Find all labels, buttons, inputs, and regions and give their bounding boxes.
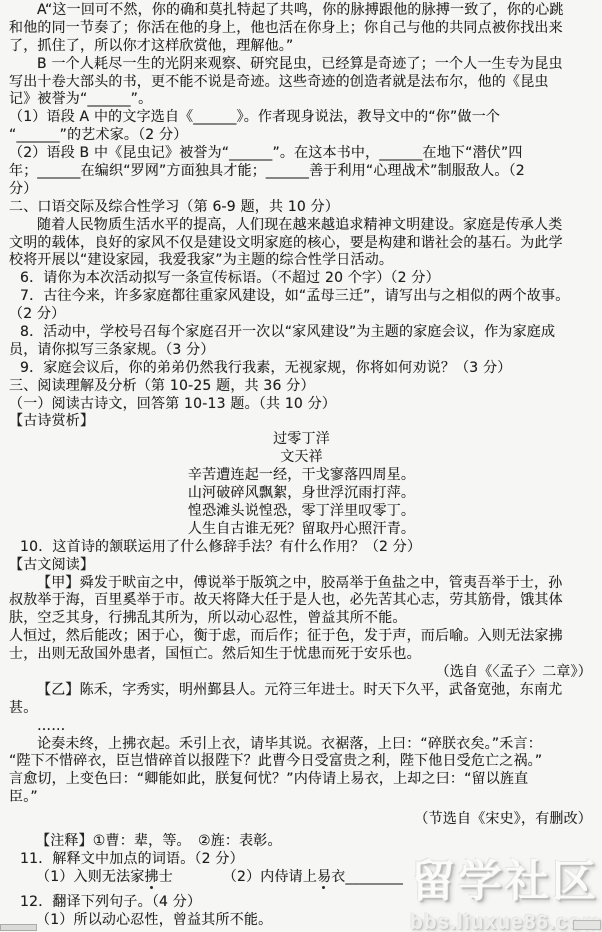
text-line: 员，请你拟写三条家规。（3 分） — [0, 342, 602, 360]
text-line: 山河破碎风飘絮，身世浮沉雨打萍。 — [0, 485, 602, 503]
text-line: 人恒过，然后能改；困于心，衡于虑，而后作；征于色，发于声，而后喻。入则无法家拂 — [0, 628, 602, 646]
text-line: 二、口语交际及综合性学习（第 6-9 题，共 10 分） — [0, 199, 602, 217]
text-line: 言愈切，上变色曰：“卿能如此，朕复何忧？”内侍请上易衣，上却之曰：“留以旌直 — [0, 771, 602, 789]
text-line: 年；______在编织“罗网”方面独具才能；______善于利用“心理战术”制服… — [0, 163, 602, 181]
text-line: 10．这首诗的颔联运用了什么修辞手法？有什么作用？（2 分） — [0, 539, 602, 557]
emphasis-dotted-char: 拂 — [145, 869, 159, 887]
text-line: “______”的艺术家。（2 分） — [0, 127, 602, 145]
scan-artifact-bottom-right — [573, 920, 601, 930]
text-line: 论奏未终，上拂衣起。禾引上衣，请毕其说。衣裾落，上曰：“碎朕衣矣。”禾言： — [0, 736, 602, 754]
text-line: （1）入则无法家拂士 （2）内侍请上易衣________ — [0, 869, 602, 887]
text-line: 【注释】①曹：辈，等。 ②旌：表彰。 — [0, 833, 602, 851]
text-line: （1）语段 A 中的文字选自《______》。作者现身说法，教导文中的“你”做一… — [0, 109, 602, 127]
text-line: 记》被誉为“______”。 — [0, 91, 602, 109]
text-line: B 一个人耗尽一生的光阴来观察、研究昆虫，已经算是奇迹了；一个人一生专为昆虫 — [0, 56, 602, 74]
text-line: （2 分） — [0, 306, 602, 324]
text-line: 写出十卷大部头的书，更不能不说是奇迹。这些奇迹的创造者就是法布尔，他的《昆虫 — [0, 74, 602, 92]
text-line: 人生自古谁无死？留取丹心照汗青。 — [0, 521, 602, 539]
emphasis-dotted-char: 易 — [317, 869, 331, 887]
text-line: 臣。” — [0, 789, 602, 807]
text-line: 11．解释文中加点的词语。（2 分） — [0, 851, 602, 869]
text-line: （选自《〈孟子〉二章》） — [0, 664, 602, 682]
text-line: 三、阅读理解及分析（第 10-25 题，共 36 分） — [0, 378, 602, 396]
text-line: “陛下不惜碎衣，臣岂惜碎首以报陛下？此曹今日受富贵之利，陛下他日受危亡之祸。” — [0, 753, 602, 771]
text-line: 8．活动中，学校号召每个家庭召开一次以“家风建设”为主题的家庭会议，作为家庭成 — [0, 324, 602, 342]
text-line: 士，出则无敌国外患者，国恒亡。然后知生于忧患而死于安乐也。 — [0, 646, 602, 664]
text-line: 过零丁洋 — [0, 431, 602, 449]
text-line: 惶恐滩头说惶恐，零丁洋里叹零丁。 — [0, 503, 602, 521]
text-line: …… — [0, 718, 602, 736]
text-line: 肤，空乏其身，行拂乱其所为，所以动心忍性，曾益其所不能。 — [0, 610, 602, 628]
text-line: （一）阅读古诗文，回答第 10-13 题。（共 10 分） — [0, 396, 602, 414]
text-line: 甚。 — [0, 700, 602, 718]
exam-page: A“这一回可不然，你的确和莫扎特起了共鸣，你的脉搏跟他的脉搏一致了，你的心跳和他… — [0, 0, 602, 932]
text-line: 【甲】舜发于畎亩之中，傅说举于版筑之中，胶鬲举于鱼盐之中，管夷吾举于士，孙 — [0, 575, 602, 593]
text-line: 和他的同一节奏了；你活在他的身上，他也活在你身上；你自己与他的共同点被你找出来 — [0, 20, 602, 38]
exam-text-block: A“这一回可不然，你的确和莫扎特起了共鸣，你的脉搏跟他的脉搏一致了，你的心跳和他… — [0, 2, 602, 929]
text-line: 文明的载体，良好的家风不仅是建设文明家庭的核心，要是构建和谐社会的基石。为此学 — [0, 235, 602, 253]
text-line: 辛苦遭连起一经，干戈寥落四周星。 — [0, 467, 602, 485]
text-line: 6．请你为本次活动拟写一条宣传标语。（不超过 20 个字）（2 分） — [0, 270, 602, 288]
text-line: （2）语段 B 中《昆虫记》被誉为“______”。在这本书中，______在地… — [0, 145, 602, 163]
text-line: 随着人民物质生活水平的提高，人们现在越来越追求精神文明建设。家庭是传承人类 — [0, 217, 602, 235]
text-line: 【古诗赏析】 — [0, 413, 602, 431]
text-line: 9．家庭会议后，你的弟弟仍然我行我素，无视家规，你将如何劝说？（3 分） — [0, 360, 602, 378]
text-line: 文天祥 — [0, 449, 602, 467]
text-line: 校将开展以“建设家园，我爱我家”为主题的综合性学日活动。 — [0, 252, 602, 270]
text-line: 叔敖举于海，百里奚举于市。故天将降大任于是人也，必先苦其心志，劳其筋骨，饿其体 — [0, 592, 602, 610]
text-line: 分） — [0, 181, 602, 199]
text-line: 【乙】陈禾，字秀实，明州鄞县人。元符三年进士。时天下久平，武备宽弛，东南尤 — [0, 682, 602, 700]
text-line: 7．古往今来，许多家庭都往重家风建设，如“孟母三迁”，请写出与之相似的两个故事。 — [0, 288, 602, 306]
text-line: 【古文阅读】 — [0, 557, 602, 575]
scan-artifact-bottom-left — [0, 924, 37, 931]
text-line: （节选自《宋史》，有删改） — [0, 811, 602, 829]
text-line: （1）所以动心忍性，曾益其所不能。 — [0, 912, 602, 930]
text-line: 12．翻译下列句子。（4 分） — [0, 894, 602, 912]
text-line: 了，抓住了，所以你才这样欣赏他，理解他。” — [0, 38, 602, 56]
text-line: A“这一回可不然，你的确和莫扎特起了共鸣，你的脉搏跟他的脉搏一致了，你的心跳 — [0, 2, 602, 20]
